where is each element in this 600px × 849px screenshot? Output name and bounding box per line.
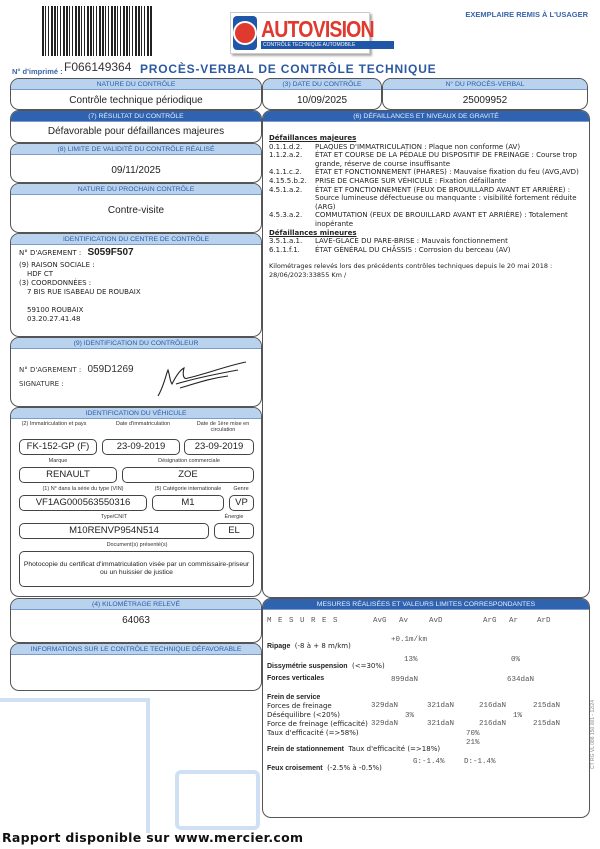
ripage-av: +0.1m/km	[391, 636, 427, 644]
next-value: Contre-visite	[11, 205, 261, 216]
type-field: M10RENVP954N514	[19, 523, 209, 539]
defaillance-text: ÉTAT GÉNÉRAL DU CHÂSSIS : Corrosion du b…	[315, 246, 583, 255]
dissym-av: 13%	[404, 656, 418, 664]
centre-label: IDENTIFICATION DU CENTRE DE CONTRÔLE	[11, 234, 261, 245]
coord-label: (3) COORDONNÉES :	[19, 279, 253, 288]
centre-phone: 03.20.27.41.48	[19, 315, 253, 324]
info-defav-label: INFORMATIONS SUR LE CONTRÔLE TECHNIQUE D…	[11, 644, 261, 655]
col-avd: AvD	[429, 617, 443, 625]
frein-service-label: Frein de service	[267, 694, 320, 701]
raison-label: (9) RAISON SOCIALE :	[19, 261, 253, 270]
defaillance-text: LAVE-GLACE DU PARE-BRISE : Mauvais fonct…	[315, 237, 583, 246]
background-frame	[175, 770, 260, 830]
page-title: PROCÈS-VERBAL DE CONTRÔLE TECHNIQUE	[140, 62, 436, 76]
genre-field: VP	[229, 495, 254, 511]
col-ard: ArD	[537, 617, 551, 625]
signature-image	[146, 356, 256, 402]
force-eff-label: Force de freinage (efficacité)	[267, 720, 368, 728]
imprime-number: F066149364	[64, 60, 131, 74]
kilometrage-box: (4) KILOMÉTRAGE RELEVÉ 64063	[10, 598, 262, 643]
type-label: Type/CNIT	[19, 514, 209, 520]
centre-box: IDENTIFICATION DU CENTRE DE CONTRÔLE N° …	[10, 233, 262, 337]
date-first-field: 23-09-2019	[184, 439, 254, 455]
mesures-heading: M E S U R E S	[267, 617, 339, 625]
date-immat-field: 23-09-2019	[102, 439, 180, 455]
docs-label: Document(s) présenté(s)	[19, 542, 255, 548]
defaillance-text: PLAQUES D'IMMATRICULATION : Plaque non c…	[315, 143, 583, 152]
centre-agrement-label: N° D'AGREMENT :	[19, 249, 81, 257]
forces-v-av: 899daN	[391, 676, 418, 684]
immat-field: FK-152-GP (F)	[19, 439, 97, 455]
force-eff-arg: 216daN	[479, 720, 506, 728]
defaillance-text: PRISE DE CHARGE SUR VÉHICULE : Fixation …	[315, 177, 583, 186]
defaillance-item: 6.1.1.f.1.ÉTAT GÉNÉRAL DU CHÂSSIS : Corr…	[269, 246, 583, 255]
barcode	[42, 6, 152, 56]
stationnement-taux-label: Taux d'efficacité (=>18%)	[348, 745, 440, 753]
kilometrage-label: (4) KILOMÉTRAGE RELEVÉ	[11, 599, 261, 610]
background-frame	[0, 698, 150, 833]
ripage-label: Ripage	[267, 643, 290, 650]
col-ar: Ar	[509, 617, 518, 625]
feux-g: G:-1.4%	[413, 758, 445, 766]
centre-agrement: S059F507	[87, 247, 133, 258]
col-arg: ArG	[483, 617, 497, 625]
vin-label: (1) N° dans la série du type (VIN)	[19, 486, 147, 492]
defaillance-item: 4.5.3.a.2.COMMUTATION (FEUX DE BROUILLAR…	[269, 211, 583, 228]
energie-label: Énergie	[213, 514, 255, 520]
force-eff-avg: 329daN	[371, 720, 398, 728]
genre-label: Genre	[227, 486, 255, 492]
result-value: Défavorable pour défaillances majeures	[11, 126, 261, 137]
feux-d: D:-1.4%	[464, 758, 496, 766]
imprime-label: N° d'imprimé :	[12, 67, 63, 76]
controleur-agrement-label: N° D'AGREMENT :	[19, 366, 81, 374]
defaillance-code: 6.1.1.f.1.	[269, 246, 315, 255]
forces-freinage-ard: 215daN	[533, 702, 560, 710]
feux-limit: (-2.5% à -0.5%)	[327, 764, 382, 772]
km-note: Kilométrages relevés lors des précédents…	[269, 262, 583, 279]
dissym-label: Dissymétrie suspension	[267, 663, 348, 670]
defaillance-item: 4.15.5.b.2.PRISE DE CHARGE SUR VÉHICULE …	[269, 177, 583, 186]
energie-field: EL	[214, 523, 254, 539]
validity-label: (8) LIMITE DE VALIDITÉ DU CONTRÔLE RÉALI…	[11, 144, 261, 155]
defaillance-item: 4.5.1.a.2.ÉTAT ET FONCTIONNEMENT (FEUX D…	[269, 186, 583, 212]
validity-box: (8) LIMITE DE VALIDITÉ DU CONTRÔLE RÉALI…	[10, 143, 262, 183]
defaillance-text: ÉTAT ET FONCTIONNEMENT (FEUX DE BROUILLA…	[315, 186, 583, 212]
signature-label: SIGNATURE :	[19, 380, 64, 388]
defaillance-code: 1.1.2.a.2.	[269, 151, 315, 168]
col-avg: AvG	[373, 617, 387, 625]
defaillance-text: ÉTAT ET COURSE DE LA PÉDALE DU DISPOSITI…	[315, 151, 583, 168]
defaillances-box: (6) DÉFAILLANCES ET NIVEAUX DE GRAVITÉ D…	[262, 110, 590, 598]
pv-label: N° DU PROCÈS-VERBAL	[383, 79, 587, 90]
defaillance-code: 4.5.3.a.2.	[269, 211, 315, 228]
mesures-box: MESURES RÉALISÉES ET VALEURS LIMITES COR…	[262, 598, 590, 818]
defaillance-code: 4.5.1.a.2.	[269, 186, 315, 212]
date-first-label: Date de 1ère mise en circulation	[187, 421, 259, 433]
address-line1: 7 BIS RUE ISABEAU DE ROUBAIX	[19, 288, 253, 297]
designation-label: Désignation commerciale	[121, 458, 257, 464]
autovision-logo: AUTOVISION CONTRÔLE TECHNIQUE AUTOMOBILE	[230, 12, 370, 54]
defaillance-item: 0.1.1.d.2.PLAQUES D'IMMATRICULATION : Pl…	[269, 143, 583, 152]
desequilibre-ar: 1%	[513, 712, 522, 720]
defaillance-item: 3.5.1.a.1.LAVE-GLACE DU PARE-BRISE : Mau…	[269, 237, 583, 246]
logo-tagline: CONTRÔLE TECHNIQUE AUTOMOBILE	[261, 41, 394, 49]
mesures-label: MESURES RÉALISÉES ET VALEURS LIMITES COR…	[263, 599, 589, 610]
date-immat-label: Date d'immatriculation	[103, 421, 183, 427]
vin-field: VF1AG000563550316	[19, 495, 147, 511]
defaillance-code: 4.15.5.b.2.	[269, 177, 315, 186]
copy-label: EXEMPLAIRE REMIS À L'USAGER	[465, 10, 588, 19]
taux-value: 70%	[466, 730, 480, 738]
majeures-title: Défaillances majeures	[269, 134, 583, 143]
defaillance-item: 4.1.1.c.2.ÉTAT ET FONCTIONNEMENT (PHARES…	[269, 168, 583, 177]
result-box: (7) RÉSULTAT DU CONTRÔLE Défavorable pou…	[10, 110, 262, 143]
defaillance-item: 1.1.2.a.2.ÉTAT ET COURSE DE LA PÉDALE DU…	[269, 151, 583, 168]
defaillance-code: 3.5.1.a.1.	[269, 237, 315, 246]
ripage-limit: (-8 à + 8 m/km)	[295, 642, 351, 650]
validity-value: 09/11/2025	[11, 165, 261, 176]
stationnement-label: Frein de stationnement	[267, 746, 344, 753]
categorie-label: (5) Catégorie internationale	[151, 486, 225, 492]
car-icon	[233, 16, 257, 50]
controleur-box: (9) IDENTIFICATION DU CONTRÔLEUR N° D'AG…	[10, 337, 262, 407]
immat-label: (2) Immatriculation et pays	[15, 421, 93, 427]
force-eff-ard: 215daN	[533, 720, 560, 728]
raison-value: HDF CT	[19, 270, 253, 279]
defaillance-code: 4.1.1.c.2.	[269, 168, 315, 177]
date-label: (3) DATE DU CONTRÔLE	[263, 79, 381, 90]
defaillance-text: ÉTAT ET FONCTIONNEMENT (PHARES) : Mauvai…	[315, 168, 583, 177]
next-box: NATURE DU PROCHAIN CONTRÔLE Contre-visit…	[10, 183, 262, 233]
form-reference: CT RG VL 088 150 001 - 12/24	[590, 700, 596, 769]
forces-freinage-arg: 216daN	[479, 702, 506, 710]
docs-field: Photocopie du certificat d'immatriculati…	[19, 551, 254, 587]
controleur-agrement: 059D1269	[87, 364, 133, 375]
forces-freinage-avd: 321daN	[427, 702, 454, 710]
info-defav-box: INFORMATIONS SUR LE CONTRÔLE TECHNIQUE D…	[10, 643, 262, 691]
pv-value: 25009952	[383, 95, 587, 106]
dissym-limit: (<=30%)	[352, 662, 385, 670]
logo-name: AUTOVISION	[261, 17, 374, 41]
defaillance-text: COMMUTATION (FEUX DE BROUILLARD AVANT ET…	[315, 211, 583, 228]
mineures-title: Défaillances mineures	[269, 229, 583, 238]
forces-v-ar: 634daN	[507, 676, 534, 684]
desequilibre-av: 3%	[405, 712, 414, 720]
forces-freinage-label: Forces de freinage	[267, 702, 332, 710]
categorie-field: M1	[152, 495, 224, 511]
controleur-label: (9) IDENTIFICATION DU CONTRÔLEUR	[11, 338, 261, 349]
vehicule-label: IDENTIFICATION DU VÉHICULE	[11, 408, 261, 419]
force-eff-avd: 321daN	[427, 720, 454, 728]
forces-freinage-avg: 329daN	[371, 702, 398, 710]
col-av: Av	[399, 617, 408, 625]
desequilibre-label: Déséquilibre (<20%)	[267, 711, 340, 719]
nature-label: NATURE DU CONTRÔLE	[11, 79, 261, 90]
defaillances-label: (6) DÉFAILLANCES ET NIVEAUX DE GRAVITÉ	[263, 111, 589, 122]
marque-label: Marque	[19, 458, 97, 464]
designation-field: ZOE	[122, 467, 254, 483]
forces-v-label: Forces verticales	[267, 675, 324, 682]
taux-label: Taux d'efficacité (=>58%)	[267, 729, 359, 737]
vehicule-box: IDENTIFICATION DU VÉHICULE (2) Immatricu…	[10, 407, 262, 597]
next-label: NATURE DU PROCHAIN CONTRÔLE	[11, 184, 261, 195]
date-box: (3) DATE DU CONTRÔLE 10/09/2025	[262, 78, 382, 110]
kilometrage-value: 64063	[11, 615, 261, 626]
defaillance-code: 0.1.1.d.2.	[269, 143, 315, 152]
result-label: (7) RÉSULTAT DU CONTRÔLE	[11, 111, 261, 122]
feux-label: Feux croisement	[267, 765, 323, 772]
nature-box: NATURE DU CONTRÔLE Contrôle technique pé…	[10, 78, 262, 110]
stationnement-taux: 21%	[466, 739, 480, 747]
pv-box: N° DU PROCÈS-VERBAL 25009952	[382, 78, 588, 110]
nature-value: Contrôle technique périodique	[11, 95, 261, 106]
dissym-ar: 0%	[511, 656, 520, 664]
address-line2: 59100 ROUBAIX	[19, 306, 253, 315]
marque-field: RENAULT	[19, 467, 117, 483]
footer-text: Rapport disponible sur www.mercier.com	[2, 830, 303, 845]
date-value: 10/09/2025	[263, 95, 381, 106]
